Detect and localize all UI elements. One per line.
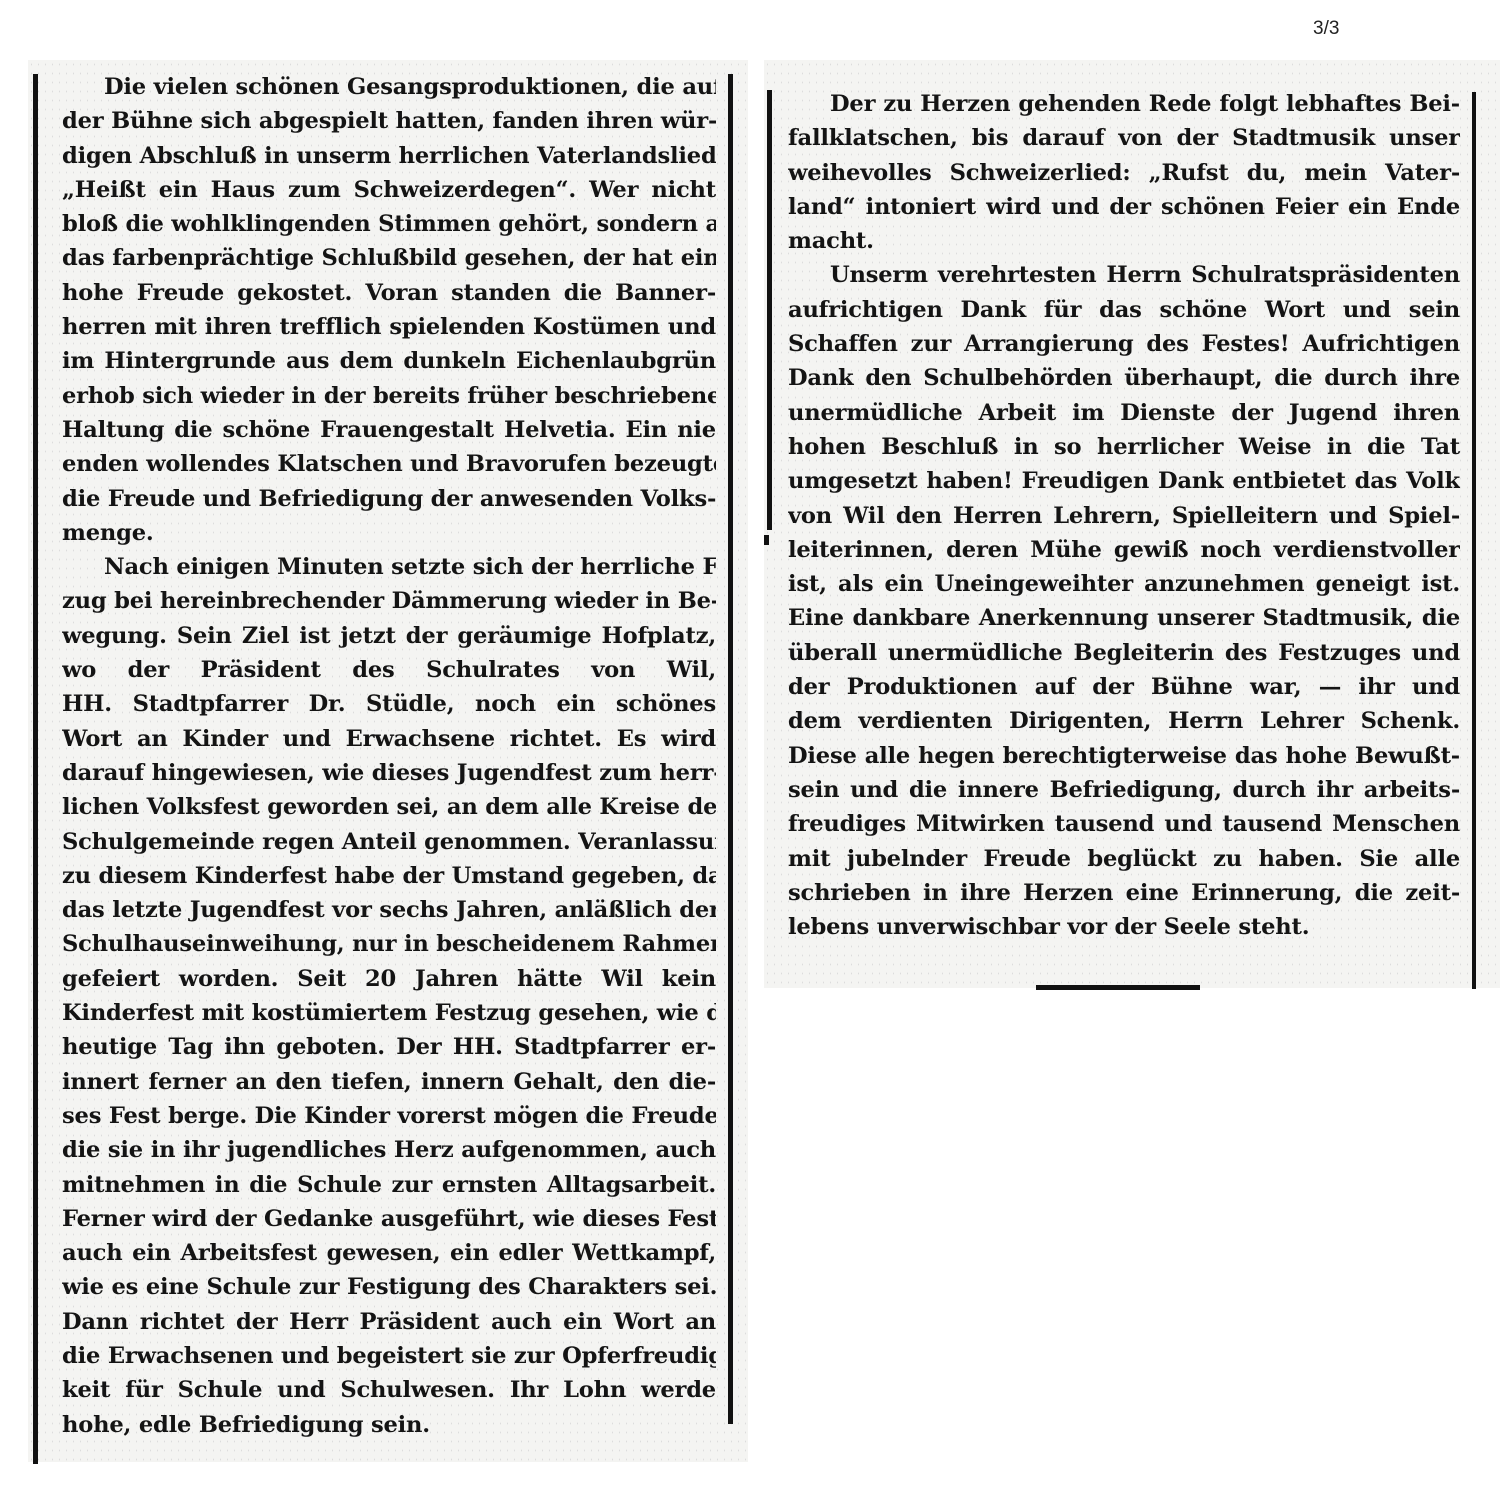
text-line: Kinderfest mit kostümiertem Festzug gese… xyxy=(62,996,716,1030)
text-line: ist, als ein Uneingeweihter anzunehmen g… xyxy=(788,567,1460,601)
text-line: schrieben in ihre Herzen eine Erinnerung… xyxy=(788,876,1460,910)
text-line: mit jubelnder Freude beglückt zu haben. … xyxy=(788,842,1460,876)
text-line: freudiges Mitwirken tausend und tausend … xyxy=(788,807,1460,841)
text-line: das letzte Jugendfest vor sechs Jahren, … xyxy=(62,893,716,927)
text-line: aufrichtigen Dank für das schöne Wort un… xyxy=(788,293,1460,327)
text-line: darauf hingewiesen, wie dieses Jugendfes… xyxy=(62,756,716,790)
text-line: Dank den Schulbehörden überhaupt, die du… xyxy=(788,361,1460,395)
text-line: enden wollendes Klatschen und Bravorufen… xyxy=(62,447,716,481)
text-line: macht. xyxy=(788,224,1460,258)
text-line: der Produktionen auf der Bühne war, — ih… xyxy=(788,670,1460,704)
text-line: bloß die wohlklingenden Stimmen gehört, … xyxy=(62,207,716,241)
text-line: Eine dankbare Anerkennung unserer Stadtm… xyxy=(788,601,1460,635)
page-number: 3/3 xyxy=(1313,18,1339,40)
text-line: Nach einigen Minuten setzte sich der her… xyxy=(62,550,716,584)
article-column-left: Die vielen schönen Gesangsproduktionen, … xyxy=(62,70,716,1442)
text-line: gefeiert worden. Seit 20 Jahren hätte Wi… xyxy=(62,962,716,996)
text-line: digen Abschluß in unserm herrlichen Vate… xyxy=(62,139,716,173)
text-line: wo der Präsident des Schulrates von Wil, xyxy=(62,653,716,687)
text-line: heutige Tag ihn geboten. Der HH. Stadtpf… xyxy=(62,1030,716,1064)
text-line: menge. xyxy=(62,516,716,550)
text-line: weihevolles Schweizerlied: „Rufst du, me… xyxy=(788,156,1460,190)
column-rule-right-outer xyxy=(1472,92,1476,989)
column-rule-right-inner-lower xyxy=(764,535,769,545)
text-line: Schaffen zur Arrangierung des Festes! Au… xyxy=(788,327,1460,361)
text-line: die sie in ihr jugendliches Herz aufgeno… xyxy=(62,1133,716,1167)
text-line: HH. Stadtpfarrer Dr. Stüdle, noch ein sc… xyxy=(62,687,716,721)
text-line: dem verdienten Dirigenten, Herrn Lehrer … xyxy=(788,704,1460,738)
text-line: zu diesem Kinderfest habe der Umstand ge… xyxy=(62,859,716,893)
column-rule-left-outer xyxy=(33,74,38,1464)
text-line: „Heißt ein Haus zum Schweizerdegen“. Wer… xyxy=(62,173,716,207)
text-line: keit für Schule und Schulwesen. Ihr Lohn… xyxy=(62,1373,716,1407)
text-line: Schulgemeinde regen Anteil genommen. Ver… xyxy=(62,825,716,859)
text-line: umgesetzt haben! Freudigen Dank entbiete… xyxy=(788,464,1460,498)
text-line: Schulhauseinweihung, nur in bescheidenem… xyxy=(62,927,716,961)
text-line: wie es eine Schule zur Festigung des Cha… xyxy=(62,1270,716,1304)
text-line: lichen Volksfest geworden sei, an dem al… xyxy=(62,790,716,824)
text-line: mitnehmen in die Schule zur ernsten Allt… xyxy=(62,1168,716,1202)
text-line: Die vielen schönen Gesangsproduktionen, … xyxy=(62,70,716,104)
text-line: ses Fest berge. Die Kinder vorerst mögen… xyxy=(62,1099,716,1133)
text-line: leiterinnen, deren Mühe gewiß noch verdi… xyxy=(788,533,1460,567)
text-line: im Hintergrunde aus dem dunkeln Eichenla… xyxy=(62,344,716,378)
text-line: das farbenprächtige Schlußbild gesehen, … xyxy=(62,241,716,275)
text-line: Ferner wird der Gedanke ausgeführt, wie … xyxy=(62,1202,716,1236)
article-end-rule xyxy=(1036,985,1200,990)
text-line: die Erwachsenen und begeistert sie zur O… xyxy=(62,1339,716,1373)
text-line: wegung. Sein Ziel ist jetzt der geräumig… xyxy=(62,619,716,653)
text-line: lebens unverwischbar vor der Seele steht… xyxy=(788,910,1460,944)
article-column-right: Der zu Herzen gehenden Rede folgt lebhaf… xyxy=(788,87,1460,944)
text-line: hohen Beschluß in so herrlicher Weise in… xyxy=(788,430,1460,464)
text-line: Unserm verehrtesten Herrn Schulratspräsi… xyxy=(788,258,1460,292)
text-line: erhob sich wieder in der bereits früher … xyxy=(62,379,716,413)
text-line: sein und die innere Befriedigung, durch … xyxy=(788,773,1460,807)
text-line: Diese alle hegen berechtigterweise das h… xyxy=(788,739,1460,773)
text-line: von Wil den Herren Lehrern, Spielleitern… xyxy=(788,499,1460,533)
text-line: zug bei hereinbrechender Dämmerung wiede… xyxy=(62,584,716,618)
text-line: innert ferner an den tiefen, innern Geha… xyxy=(62,1065,716,1099)
text-line: der Bühne sich abgespielt hatten, fanden… xyxy=(62,104,716,138)
column-rule-right-inner xyxy=(767,90,772,530)
text-line: land“ intoniert wird und der schönen Fei… xyxy=(788,190,1460,224)
text-line: auch ein Arbeitsfest gewesen, ein edler … xyxy=(62,1236,716,1270)
text-line: Der zu Herzen gehenden Rede folgt lebhaf… xyxy=(788,87,1460,121)
text-line: die Freude und Befriedigung der anwesend… xyxy=(62,482,716,516)
text-line: Wort an Kinder und Erwachsene richtet. E… xyxy=(62,722,716,756)
text-line: hohe Freude gekostet. Voran standen die … xyxy=(62,276,716,310)
text-line: unermüdliche Arbeit im Dienste der Jugen… xyxy=(788,396,1460,430)
text-line: Haltung die schöne Frauengestalt Helveti… xyxy=(62,413,716,447)
text-line: hohe, edle Befriedigung sein. xyxy=(62,1408,716,1442)
text-line: Dann richtet der Herr Präsident auch ein… xyxy=(62,1305,716,1339)
text-line: überall unermüdliche Begleiterin des Fes… xyxy=(788,636,1460,670)
text-line: fallklatschen, bis darauf von der Stadtm… xyxy=(788,121,1460,155)
text-line: herren mit ihren trefflich spielenden Ko… xyxy=(62,310,716,344)
column-rule-left-inner xyxy=(728,74,733,1424)
